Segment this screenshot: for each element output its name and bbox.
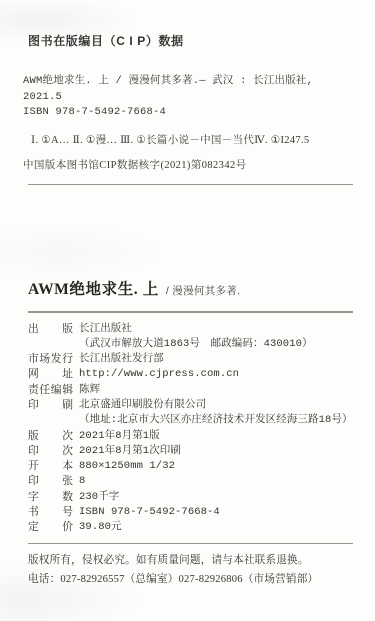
colophon-label: 定价 xyxy=(28,520,73,535)
colophon-value: http://www.cjpress.com.cn xyxy=(79,367,239,382)
colophon-value: 2021年8月第1版 xyxy=(79,429,160,444)
divider-top xyxy=(28,184,353,186)
colophon-label xyxy=(28,337,73,352)
colophon-row-publisher: 出版 长江出版社 xyxy=(28,322,353,337)
colophon-value: 880×1250mm 1/32 xyxy=(79,459,175,474)
colophon-row-isbn: 书号 ISBN 978-7-5492-7668-4 xyxy=(28,505,353,520)
cip-entry-line: AWM绝地求生. 上 / 漫漫何其多著.— 武汉 : 长江出版社, 2021.5 xyxy=(23,74,353,105)
colophon-row-distribution: 市场发行 长江出版社发行部 xyxy=(28,352,353,367)
colophon-row-sheets: 印张 8 xyxy=(28,474,353,489)
divider-title xyxy=(28,311,353,313)
colophon-label: 印次 xyxy=(28,444,73,459)
colophon-row-format: 开本 880×1250mm 1/32 xyxy=(28,459,353,474)
colophon-row-price: 定价 39.80元 xyxy=(28,520,353,535)
colophon-value: （武汉市解放大道1863号 邮政编码：430010） xyxy=(79,337,313,352)
colophon-label: 网址 xyxy=(28,367,73,382)
colophon-row-publisher-address: （武汉市解放大道1863号 邮政编码：430010） xyxy=(28,337,353,352)
colophon-value: 8 xyxy=(79,474,85,489)
colophon-label: 印刷 xyxy=(28,398,73,413)
colophon: 出版 长江出版社 （武汉市解放大道1863号 邮政编码：430010） 市场发行… xyxy=(28,322,353,536)
cip-record-number: 中国版本图书馆CIP数据核字(2021)第082342号 xyxy=(23,158,353,173)
book-title: AWM绝地求生. 上 xyxy=(28,281,159,298)
colophon-row-printer-address: （地址:北京市大兴区亦庄经济技术开发区经海三路18号） xyxy=(28,413,353,428)
divider-bottom xyxy=(28,543,353,545)
cip-classification-line: Ⅰ. ①A… Ⅱ. ①漫… Ⅲ. ①长篇小说－中国－当代Ⅳ. ①I247.5 xyxy=(31,133,353,148)
colophon-value: （地址:北京市大兴区亦庄经济技术开发区经海三路18号） xyxy=(79,413,353,428)
book-author-byline: / 漫漫何其多著. xyxy=(166,285,240,297)
colophon-label: 印张 xyxy=(28,474,73,489)
colophon-value: 2021年8月第1次印刷 xyxy=(79,444,181,459)
colophon-label: 市场发行 xyxy=(28,352,73,367)
colophon-row-editor: 责任编辑 陈辉 xyxy=(28,383,353,398)
colophon-value: 230千字 xyxy=(79,490,119,505)
colophon-label xyxy=(28,413,73,428)
colophon-label: 字数 xyxy=(28,490,73,505)
colophon-row-printer: 印刷 北京盛通印刷股份有限公司 xyxy=(28,398,353,413)
colophon-value: 陈辉 xyxy=(79,383,100,398)
copyright-notice: 版权所有，侵权必究。如有质量问题，请与本社联系退换。 xyxy=(28,551,353,570)
colophon-label: 书号 xyxy=(28,505,73,520)
colophon-value: ISBN 978-7-5492-7668-4 xyxy=(79,505,220,520)
contact-phone-line: 电话：027-82926557（总编室）027-82926806（市场营销部） xyxy=(28,570,353,589)
colophon-value: 长江出版社发行部 xyxy=(79,352,164,367)
cip-header: 图书在版编目（C I P）数据 xyxy=(28,34,353,48)
cip-isbn-line: ISBN 978-7-5492-7668-4 xyxy=(23,105,353,121)
cip-entry-block: AWM绝地求生. 上 / 漫漫何其多著.— 武汉 : 长江出版社, 2021.5… xyxy=(23,74,353,121)
colophon-row-edition: 版次 2021年8月第1版 xyxy=(28,429,353,444)
colophon-label: 开本 xyxy=(28,459,73,474)
colophon-value: 长江出版社 xyxy=(79,322,132,337)
colophon-row-impression: 印次 2021年8月第1次印刷 xyxy=(28,444,353,459)
colophon-label: 版次 xyxy=(28,429,73,444)
colophon-label: 责任编辑 xyxy=(28,383,73,398)
colophon-value: 北京盛通印刷股份有限公司 xyxy=(79,398,206,413)
title-row: AWM绝地求生. 上/ 漫漫何其多著. xyxy=(28,279,353,302)
colophon-row-website: 网址 http://www.cjpress.com.cn xyxy=(28,367,353,382)
colophon-label: 出版 xyxy=(28,322,73,337)
colophon-value: 39.80元 xyxy=(79,520,122,535)
colophon-row-wordcount: 字数 230千字 xyxy=(28,490,353,505)
notices: 版权所有，侵权必究。如有质量问题，请与本社联系退换。 电话：027-829265… xyxy=(28,551,353,589)
copyright-page: 图书在版编目（C I P）数据 AWM绝地求生. 上 / 漫漫何其多著.— 武汉… xyxy=(0,0,375,621)
